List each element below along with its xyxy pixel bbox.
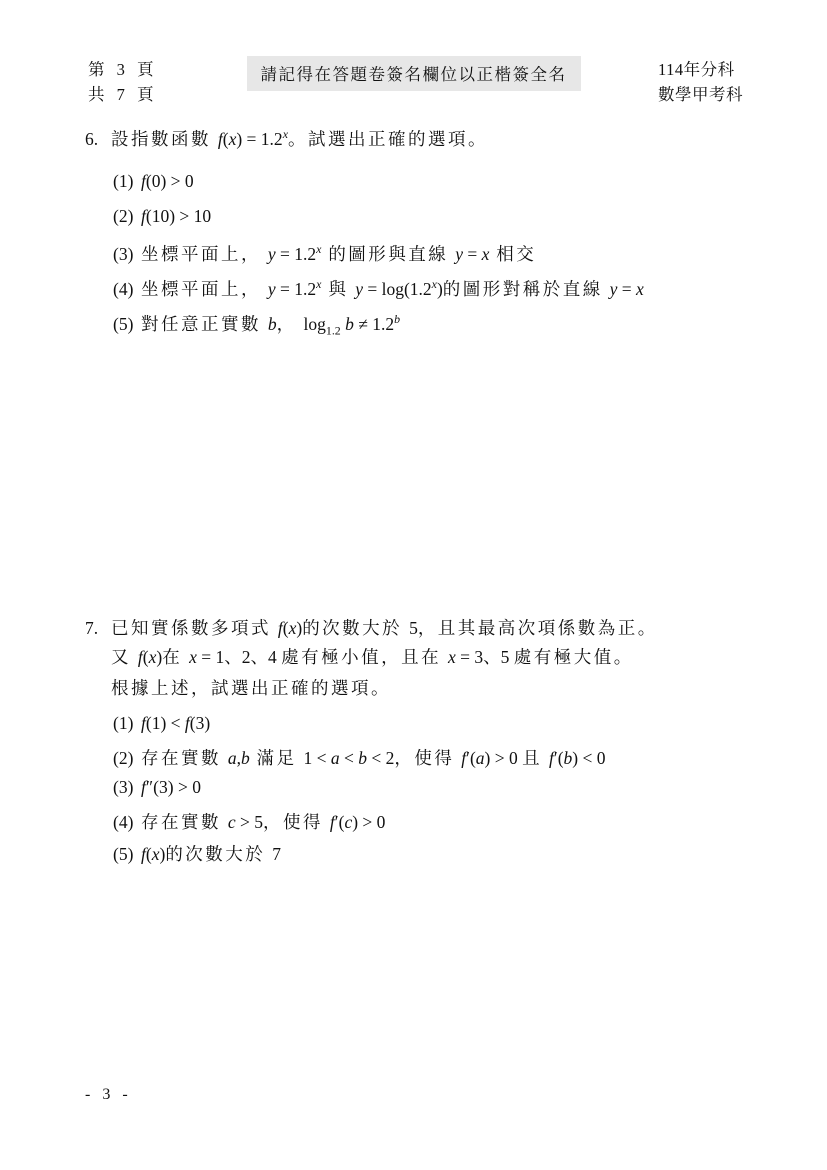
text-segment: 已知實係數多項式 [111,618,278,638]
text-segment: 的次數大於 [165,844,272,864]
text-segment: ′( [335,812,345,832]
question-7-number: 7. [85,614,111,642]
total-pages-label: 共 7 頁 [88,82,158,107]
text-segment: 存在實數 [141,812,228,832]
text-segment: y [268,244,276,264]
text-segment: 相交 [489,244,536,264]
text-segment: 5 [409,618,418,638]
text-segment: 滿足 [250,748,304,768]
text-segment: ，使得 [394,748,461,768]
option-label: (1) [113,171,141,192]
text-segment: = [463,244,482,264]
text-segment: b [345,314,354,334]
text-segment: 坐標平面上， [141,244,268,264]
question-7-option-4: (4) 存在實數 c > 5，使得 f′(c) > 0 [113,802,787,834]
question-7-option-1: (1) f(1) < f(3) [113,706,787,738]
text-segment: ， [277,314,304,334]
question-6-stem-row: 6. 設指數函數 f(x) = 1.2x。試選出正確的選項。 [85,120,787,153]
text-segment: 1.2 [326,323,341,337]
text-segment: 對任意正實數 [141,314,268,334]
text-segment: 7 [272,844,281,864]
question-6-stem: 設指數函數 f(x) = 1.2x。試選出正確的選項。 [111,120,787,153]
option-content: f(10) > 10 [141,206,787,227]
text-segment: b [394,312,400,326]
text-segment: 1 < [304,748,331,768]
text-segment: ″(3) > 0 [146,777,201,797]
text-segment: ，使得 [263,812,330,832]
text-segment: ) = 1.2 [236,129,282,149]
option-content: f″(3) > 0 [141,777,787,798]
text-segment: 根據上述，試選出正確的選項。 [111,678,391,698]
option-label: (5) [113,844,141,865]
text-segment: 在 [162,647,189,667]
text-segment: 的次數大於 [302,618,409,638]
text-segment: x [189,647,197,667]
option-label: (5) [113,314,141,335]
text-segment: a [228,748,237,768]
text-segment: = [617,279,636,299]
text-segment: 處有極小值，且在 [281,647,448,667]
exam-page: 第 3 頁 共 7 頁 請記得在答題卷簽名欄位以正楷簽全名 114年分科 數學甲… [0,0,827,1170]
question-6-options: (1) f(0) > 0 (2) f(10) > 10 (3) 坐標平面上， y… [113,164,787,339]
question-6-number: 6. [85,125,111,153]
text-segment: 的圖形與直線 [321,244,455,264]
text-segment: b [358,748,367,768]
text-segment: (0) > 0 [146,171,194,191]
text-segment: = 1.2 [276,244,317,264]
option-content: 坐標平面上， y = 1.2x 與 y = log(1.2x)的圖形對稱於直線 … [141,276,787,301]
question-6: 6. 設指數函數 f(x) = 1.2x。試選出正確的選項。 (1) f(0) … [85,120,787,339]
text-segment: ′( [466,748,476,768]
question-6-option-2: (2) f(10) > 10 [113,199,787,234]
option-content: f(x)的次數大於 7 [141,841,787,866]
text-segment: (10) > 10 [146,206,211,226]
text-segment: a [476,748,485,768]
text-segment: 坐標平面上， [141,279,268,299]
text-segment: (1) < [146,713,185,733]
question-6-option-3: (3) 坐標平面上， y = 1.2x 的圖形與直線 y = x 相交 [113,234,787,269]
text-segment: = 1、2、4 [197,647,281,667]
text-segment: y [355,279,363,299]
text-segment: 又 [111,647,138,667]
text-segment: x [636,279,644,299]
option-label: (3) [113,244,141,265]
text-segment: 處有極大值。 [514,647,634,667]
text-segment: ≠ 1.2 [354,314,394,334]
text-segment: ) > 0 [352,812,385,832]
text-segment: = log(1.2 [363,279,432,299]
option-label: (2) [113,206,141,227]
option-label: (4) [113,279,141,300]
exam-subject-label: 數學甲考科 [658,82,743,107]
question-7-option-3: (3) f″(3) > 0 [113,770,787,802]
text-segment: = 3、5 [456,647,514,667]
option-label: (4) [113,812,141,833]
text-segment: x [448,647,456,667]
question-7-option-5: (5) f(x)的次數大於 7 [113,834,787,866]
text-segment: ) < 0 [572,748,605,768]
page-header: 第 3 頁 共 7 頁 請記得在答題卷簽名欄位以正楷簽全名 114年分科 數學甲… [0,55,827,105]
text-segment: c [228,812,236,832]
option-label: (1) [113,713,141,734]
text-segment: 且 [522,748,549,768]
current-page-label: 第 3 頁 [88,57,158,82]
text-segment: > 5 [236,812,263,832]
exam-year-label: 114年分科 [658,57,743,82]
question-6-option-4: (4) 坐標平面上， y = 1.2x 與 y = log(1.2x)的圖形對稱… [113,269,787,304]
text-segment: < 2 [367,748,394,768]
page-count-block: 第 3 頁 共 7 頁 [88,57,158,107]
question-7-option-2: (2) 存在實數 a,b 滿足 1 < a < b < 2，使得 f′(a) >… [113,738,787,770]
footer-page-number: - 3 - [85,1086,132,1104]
text-segment: ′( [554,748,564,768]
text-segment: b [268,314,277,334]
text-segment: log [304,314,326,334]
option-label: (3) [113,777,141,798]
question-7-stem-line-3: 根據上述，試選出正確的選項。 [111,673,787,704]
text-segment: a [331,748,340,768]
text-segment: b [241,748,250,768]
text-segment: b [564,748,573,768]
option-content: 存在實數 c > 5，使得 f′(c) > 0 [141,809,787,834]
option-content: f(1) < f(3) [141,713,787,734]
text-segment: ) > 0 [485,748,523,768]
text-segment: y [455,244,463,264]
option-content: 坐標平面上， y = 1.2x 的圖形與直線 y = x 相交 [141,241,787,266]
question-7-options: (1) f(1) < f(3) (2) 存在實數 a,b 滿足 1 < a < … [113,706,787,866]
text-segment: 。試選出正確的選項。 [288,129,488,149]
question-6-option-5: (5) 對任意正實數 b， log1.2 b ≠ 1.2b [113,304,787,339]
text-segment: 的圖形對稱於直線 [443,279,610,299]
text-segment: 設指數函數 [111,129,218,149]
question-7-stem-row: 7. 已知實係數多項式 f(x)的次數大於 5，且其最高次項係數為正。 [85,614,787,642]
question-6-option-1: (1) f(0) > 0 [113,164,787,199]
question-7-stem-line-1: 已知實係數多項式 f(x)的次數大於 5，且其最高次項係數為正。 [111,614,787,642]
text-segment: = 1.2 [276,279,317,299]
question-7: 7. 已知實係數多項式 f(x)的次數大於 5，且其最高次項係數為正。 又 f(… [85,614,787,866]
exam-info-block: 114年分科 數學甲考科 [658,57,743,107]
option-content: f(0) > 0 [141,171,787,192]
signature-notice-banner: 請記得在答題卷簽名欄位以正楷簽全名 [247,56,581,91]
text-segment: 與 [321,279,355,299]
option-label: (2) [113,748,141,769]
question-7-stem-line-2: 又 f(x)在 x = 1、2、4 處有極小值，且在 x = 3、5 處有極大值… [111,642,787,673]
option-content: 對任意正實數 b， log1.2 b ≠ 1.2b [141,311,787,339]
text-segment: ，且其最高次項係數為正。 [418,618,658,638]
text-segment: (3) [190,713,210,733]
option-content: 存在實數 a,b 滿足 1 < a < b < 2，使得 f′(a) > 0 且… [141,745,787,770]
text-segment: y [268,279,276,299]
text-segment: < [340,748,359,768]
text-segment: 存在實數 [141,748,228,768]
